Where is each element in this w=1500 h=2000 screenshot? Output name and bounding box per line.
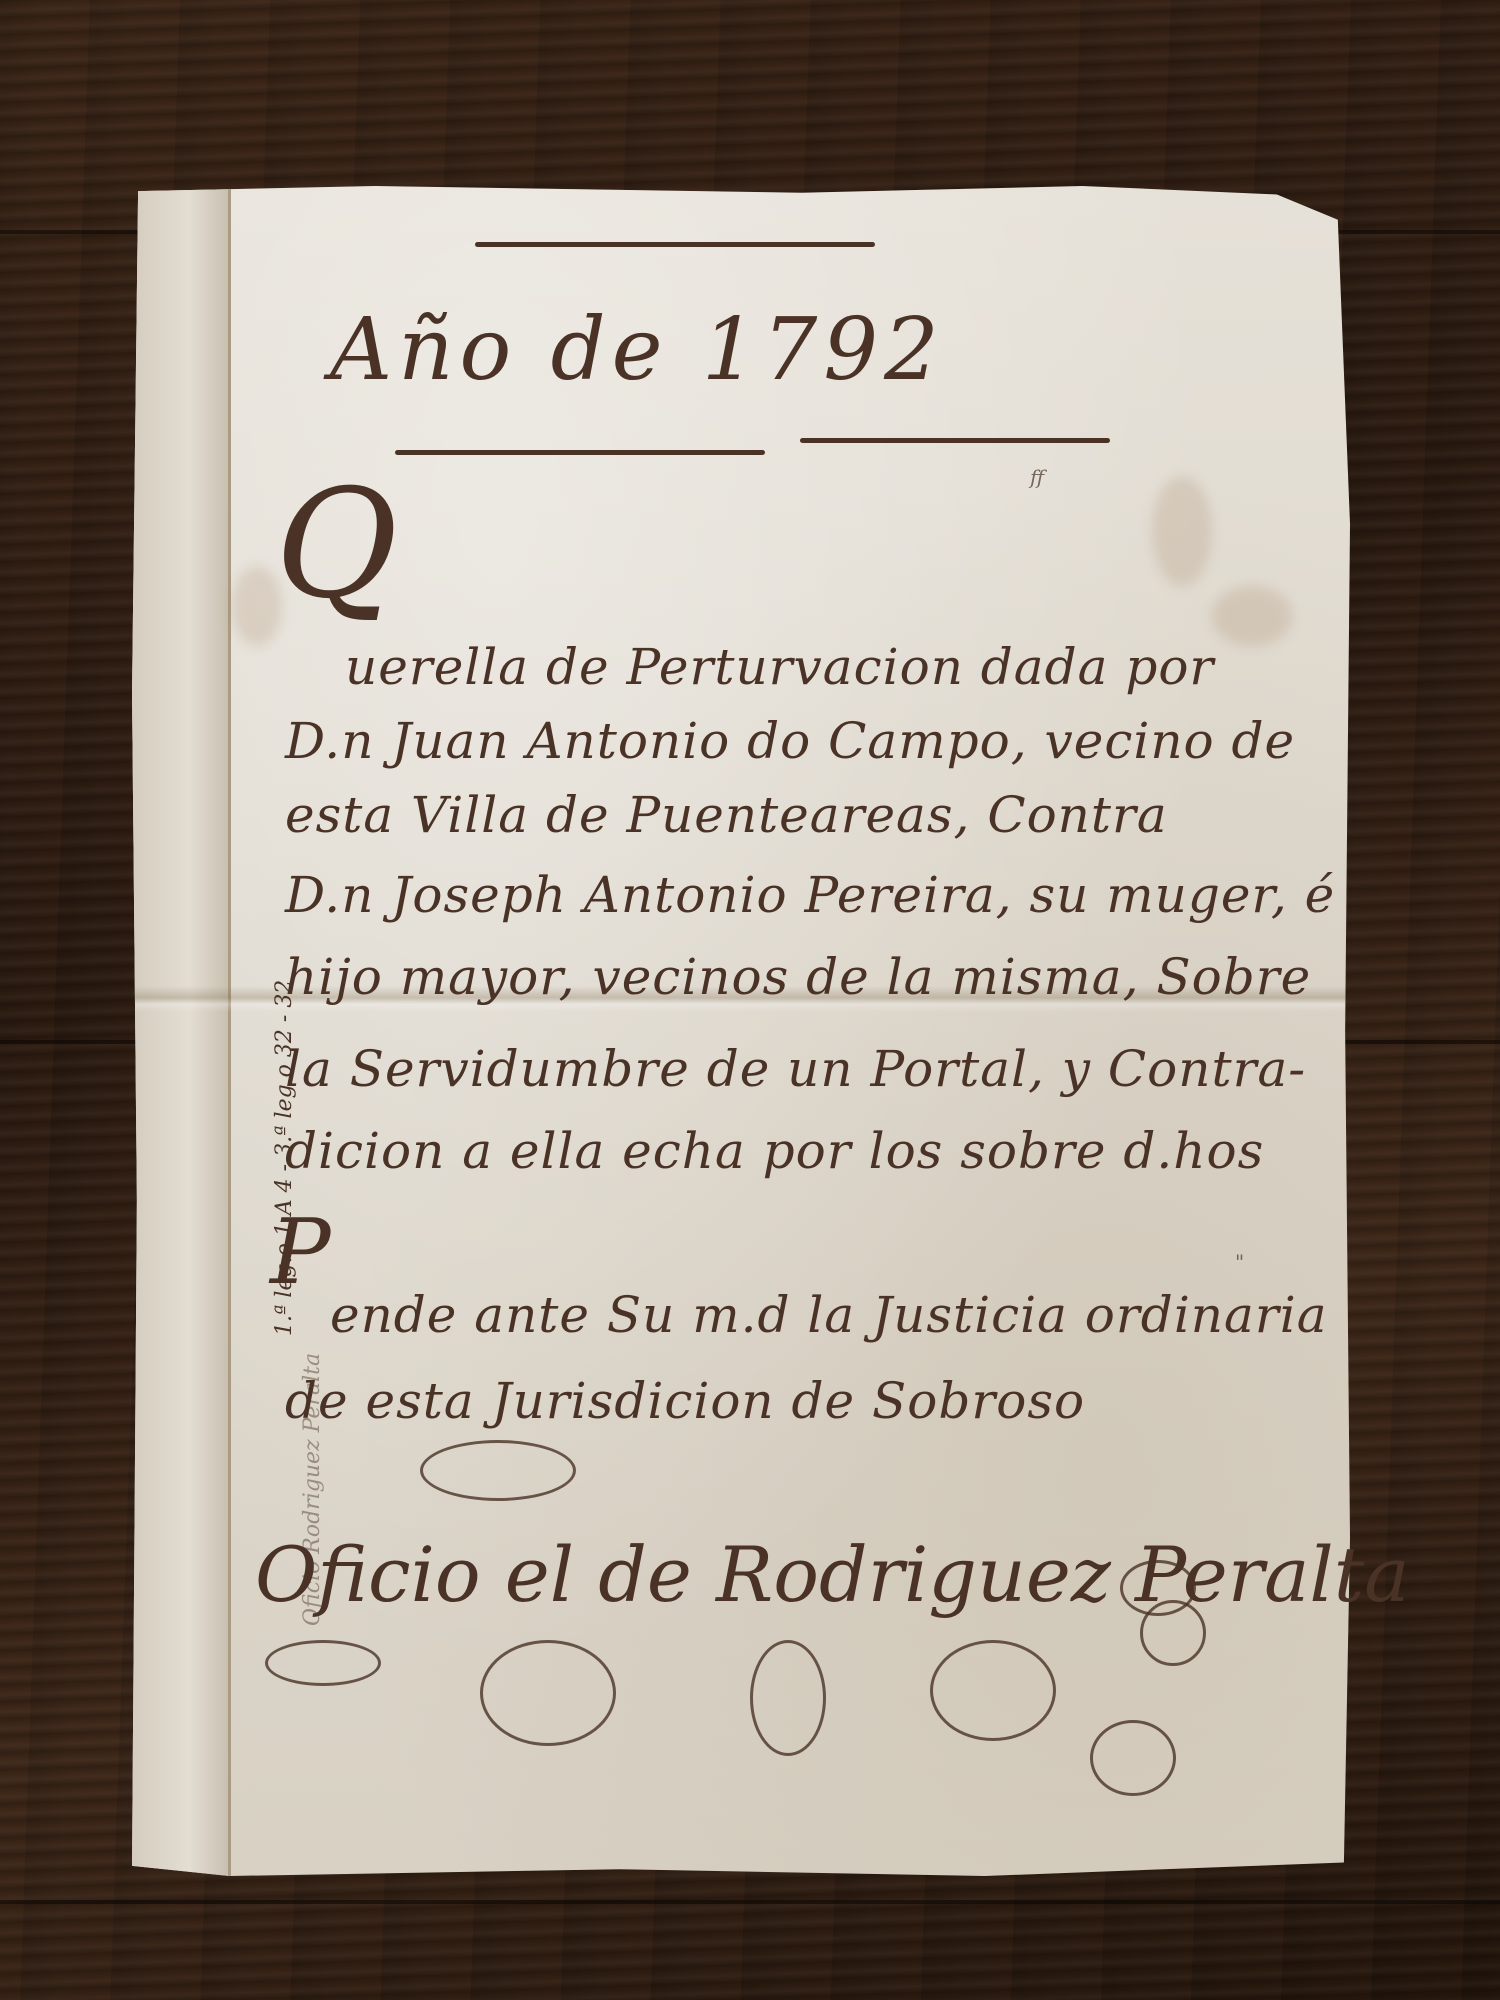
body-line-5: hijo mayor, vecinos de la misma, Sobre [285,948,1311,1006]
flourish-figure-eight [750,1640,826,1756]
body-line-6: la Servidumbre de un Portal, y Contra- [285,1040,1306,1098]
pende-line-2: de esta Jurisdicion de Sobroso [285,1372,1085,1430]
flourish-loop [265,1640,381,1686]
body-line-7: dicion a ella echa por los sobre d.hos [285,1122,1264,1180]
body-line-4: D.n Joseph Antonio Pereira, su muger, é [285,866,1335,924]
title-underline-right [800,438,1110,443]
title-top-rule [475,242,875,247]
table-plank-seam [0,1900,1500,1904]
rubric-scribble [1140,1600,1206,1666]
decorative-initial-p: P [270,1200,331,1305]
binding-strip [132,186,231,1876]
paper-stain [1212,586,1292,646]
body-line-2: D.n Juan Antonio do Campo, vecino de [285,712,1295,770]
closing-signature-line: Oficio el de Rodriguez Peralta [255,1530,1410,1619]
title-underline-left [395,450,765,455]
flourish-loop [1090,1720,1176,1796]
margin-mark: ff [1030,465,1044,489]
body-line-3: esta Villa de Puenteareas, Contra [285,786,1168,844]
margin-mark: " [1235,1250,1244,1274]
flourish-loop [480,1640,616,1746]
paper-stain [1152,476,1212,586]
flourish-loop [930,1640,1056,1741]
document-title: Año de 1792 [330,300,945,400]
decorative-initial-q: Q [275,470,398,620]
pende-line-1: ende ante Su m.d la Justicia ordinaria [330,1286,1328,1344]
flourish-loop [420,1440,576,1501]
body-line-1: uerella de Perturvacion dada por [345,638,1214,696]
